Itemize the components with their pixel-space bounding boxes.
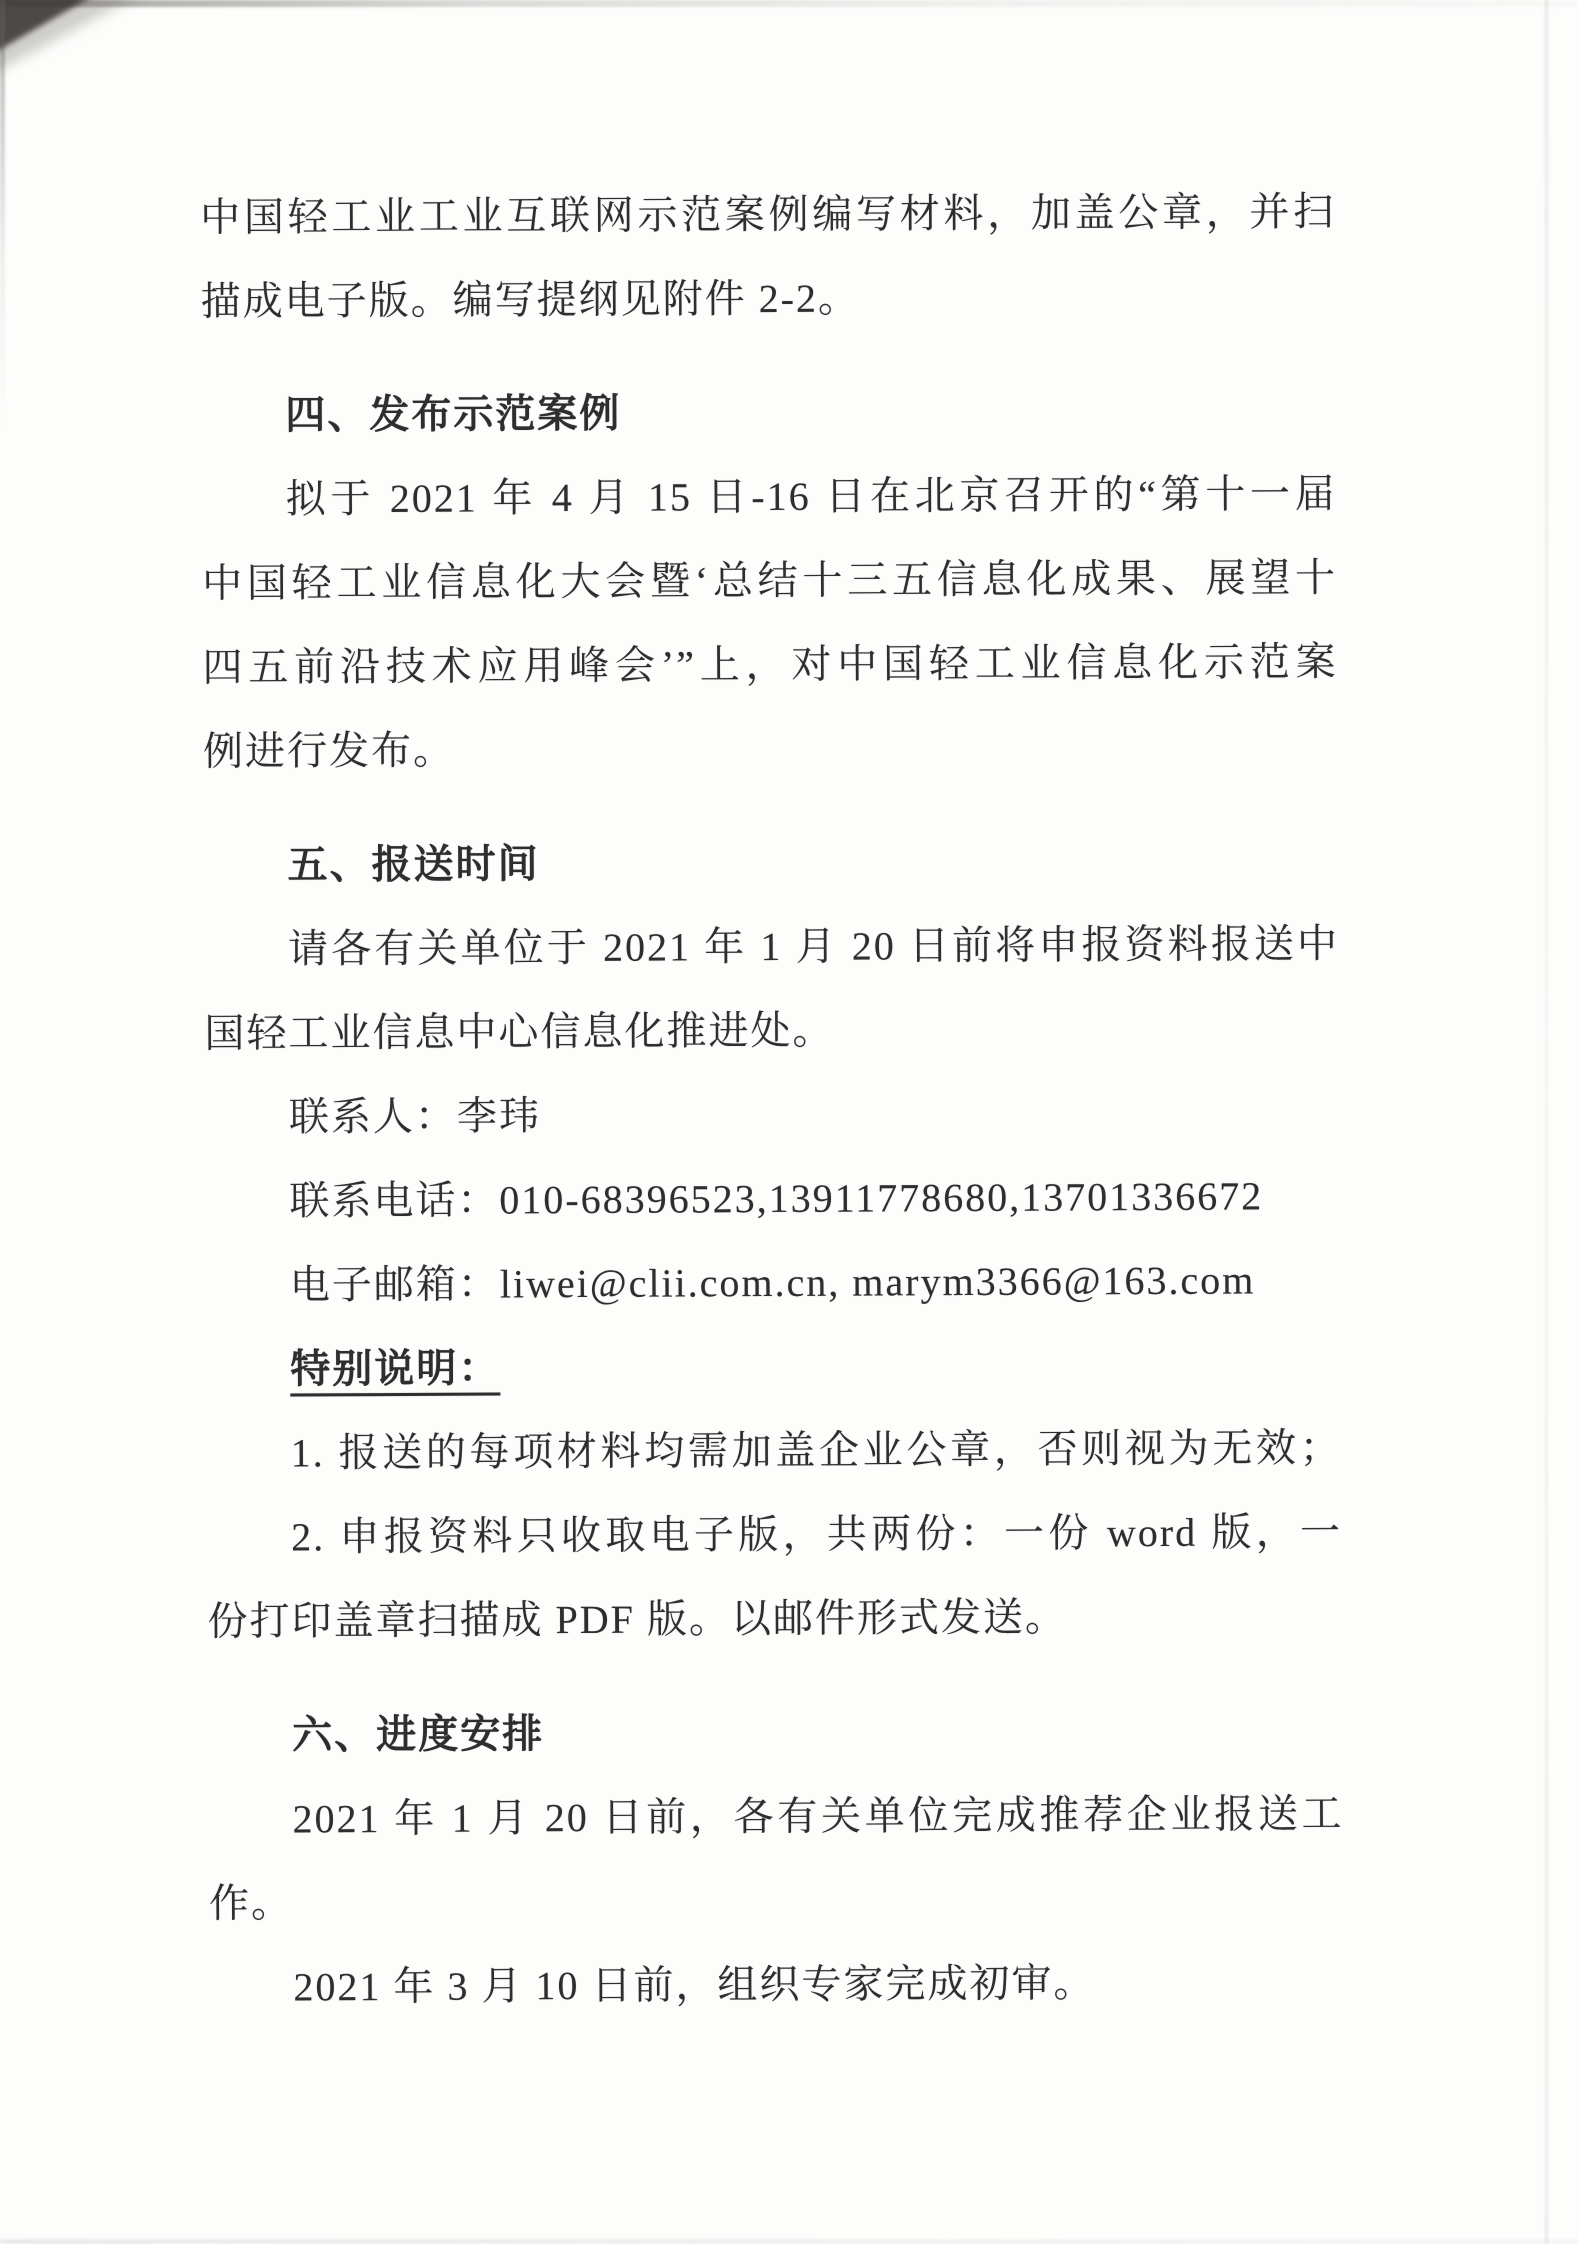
text-line: 中国轻工业工业互联网示范案例编写材料，加盖公章，并扫 xyxy=(200,170,1335,260)
text-line: 拟于 2021 年 4 月 15 日-16 日在北京召开的“第十一届 xyxy=(201,452,1336,542)
section-heading: 四、发布示范案例 xyxy=(201,368,1336,458)
text-line: 联系电话：010-68396523,13911778680,1370133667… xyxy=(205,1154,1340,1244)
scan-top-edge-shadow xyxy=(0,0,1578,7)
scan-left-edge-shadow xyxy=(0,0,5,430)
text-line: 描成电子版。编写提纲见附件 2-2。 xyxy=(200,254,1335,344)
document-text-column: 中国轻工业工业互联网示范案例编写材料，加盖公章，并扫描成电子版。编写提纲见附件 … xyxy=(200,170,1345,2030)
text-line: 请各有关单位于 2021 年 1 月 20 日前将申报资料报送中 xyxy=(204,902,1339,992)
scan-bottom-edge-shadow xyxy=(0,2239,1578,2244)
text-line: 国轻工业信息中心信息化推进处。 xyxy=(204,986,1339,1076)
scan-corner-shadow xyxy=(0,0,96,54)
text-line: 1. 报送的每项材料均需加盖企业公章，否则视为无效； xyxy=(206,1406,1341,1496)
text-line: 2021 年 3 月 10 日前，组织专家完成初审。 xyxy=(209,1940,1344,2030)
text-line: 中国轻工业信息化大会暨‘总结十三五信息化成果、展望十 xyxy=(202,536,1337,626)
text-line: 联系人：李玮 xyxy=(205,1070,1340,1160)
text-line: 例进行发布。 xyxy=(203,704,1338,794)
text-line: 2. 申报资料只收取电子版，共两份：一份 word 版，一 xyxy=(207,1490,1342,1580)
text-line: 电子邮箱：liwei@clii.com.cn, marym3366@163.co… xyxy=(206,1238,1341,1328)
document-page: 中国轻工业工业互联网示范案例编写材料，加盖公章，并扫描成电子版。编写提纲见附件 … xyxy=(0,0,1578,2244)
section-heading: 六、进度安排 xyxy=(208,1688,1343,1778)
scan-right-edge-line xyxy=(1545,0,1548,2244)
text-line: 2021 年 1 月 20 日前，各有关单位完成推荐企业报送工 xyxy=(208,1772,1343,1862)
text-line: 作。 xyxy=(209,1856,1344,1946)
section-heading: 五、报送时间 xyxy=(203,818,1338,908)
text-line: 份打印盖章扫描成 PDF 版。以邮件形式发送。 xyxy=(207,1574,1342,1664)
section-heading: 特别说明： xyxy=(206,1322,1341,1412)
text-line: 四五前沿技术应用峰会’”上，对中国轻工业信息化示范案 xyxy=(202,620,1337,710)
